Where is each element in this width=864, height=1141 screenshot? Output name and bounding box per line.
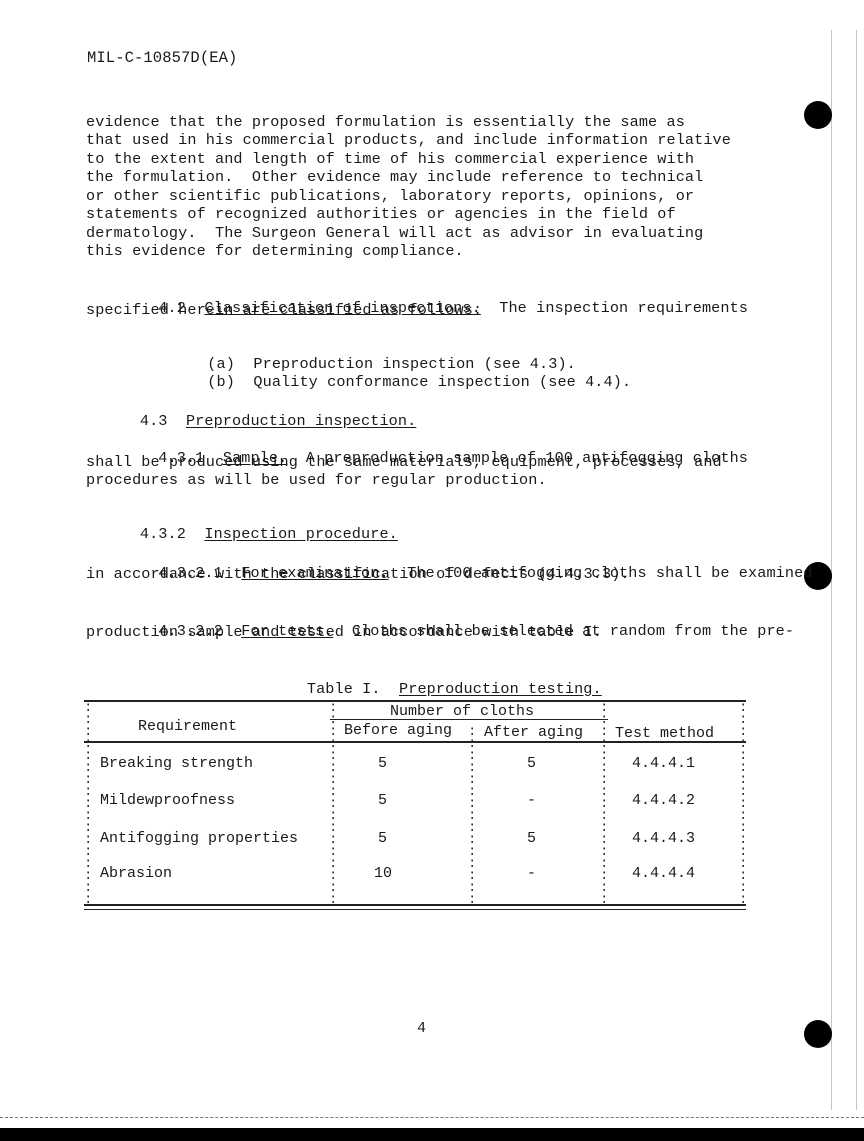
scan-bottom-border	[0, 1128, 864, 1141]
column-header: Requirement	[138, 719, 237, 735]
after-aging-cell: -	[527, 866, 536, 882]
column-header: Before aging	[344, 723, 452, 739]
table-caption-prefix: Table I.	[307, 680, 381, 698]
paragraph-line: the formulation. Other evidence may incl…	[86, 169, 703, 186]
after-aging-cell: 5	[527, 756, 536, 772]
document-id: MIL-C-10857D(EA)	[87, 50, 237, 67]
scan-edge-line	[831, 30, 832, 1110]
section-title: Inspection procedure.	[204, 525, 398, 543]
test-method-cell: 4.4.4.4	[632, 866, 695, 882]
section-text: procedures as will be used for regular p…	[86, 472, 547, 489]
before-aging-cell: 5	[378, 756, 387, 772]
column-separator: :	[600, 896, 608, 905]
punch-hole-icon	[804, 1020, 832, 1048]
requirement-cell: Abrasion	[100, 866, 172, 882]
before-aging-cell: 10	[374, 866, 392, 882]
column-header: Test method	[615, 726, 714, 742]
column-separator: :	[84, 896, 92, 905]
section-title: Preproduction inspection.	[186, 412, 416, 430]
column-header: After aging	[484, 725, 583, 741]
column-separator: :	[329, 896, 337, 905]
before-aging-cell: 5	[378, 831, 387, 847]
section-text: The inspection requirements	[499, 299, 748, 317]
after-aging-cell: 5	[527, 831, 536, 847]
scan-edge-line	[856, 30, 857, 1110]
requirement-cell: Mildewproofness	[100, 793, 235, 809]
table-caption-title: Preproduction testing.	[399, 680, 602, 698]
requirement-cell: Antifogging properties	[100, 831, 298, 847]
table-bottom-rule	[84, 904, 746, 906]
paragraph-line: statements of recognized authorities or …	[86, 206, 676, 223]
test-method-cell: 4.4.4.2	[632, 793, 695, 809]
table-bottom-rule	[84, 909, 746, 910]
paragraph-line: this evidence for determining compliance…	[86, 243, 464, 260]
page-number: 4	[417, 1020, 426, 1037]
paragraph-line: to the extent and length of time of his …	[86, 151, 694, 168]
section-text: production sample and tested in accordan…	[86, 624, 602, 641]
paragraph-line: evidence that the proposed formulation i…	[86, 114, 685, 131]
group-header: Number of cloths	[390, 704, 534, 720]
section-number: 4.3	[140, 412, 168, 430]
paragraph-line: dermatology. The Surgeon General will ac…	[86, 225, 703, 242]
paragraph-line: or other scientific publications, labora…	[86, 188, 694, 205]
test-method-cell: 4.4.4.3	[632, 831, 695, 847]
section-text: specified herein are classified as follo…	[86, 302, 482, 319]
requirement-cell: Breaking strength	[100, 756, 253, 772]
table-top-rule	[84, 700, 746, 702]
scan-artifact-line	[0, 1117, 864, 1118]
column-separator: :	[739, 896, 747, 905]
list-item-label: (b)	[207, 373, 235, 391]
section-text: shall be produced using the same materia…	[86, 454, 722, 471]
column-separator: :	[468, 896, 476, 905]
section-text: in accordance with the classification of…	[86, 566, 630, 583]
document-page: MIL-C-10857D(EA) evidence that the propo…	[0, 0, 864, 1141]
punch-hole-icon	[804, 101, 832, 129]
list-item-text: Quality conformance inspection (see 4.4)…	[253, 373, 631, 391]
paragraph-line: that used in his commercial products, an…	[86, 132, 731, 149]
after-aging-cell: -	[527, 793, 536, 809]
before-aging-cell: 5	[378, 793, 387, 809]
section-number: 4.3.2	[140, 525, 186, 543]
test-method-cell: 4.4.4.1	[632, 756, 695, 772]
